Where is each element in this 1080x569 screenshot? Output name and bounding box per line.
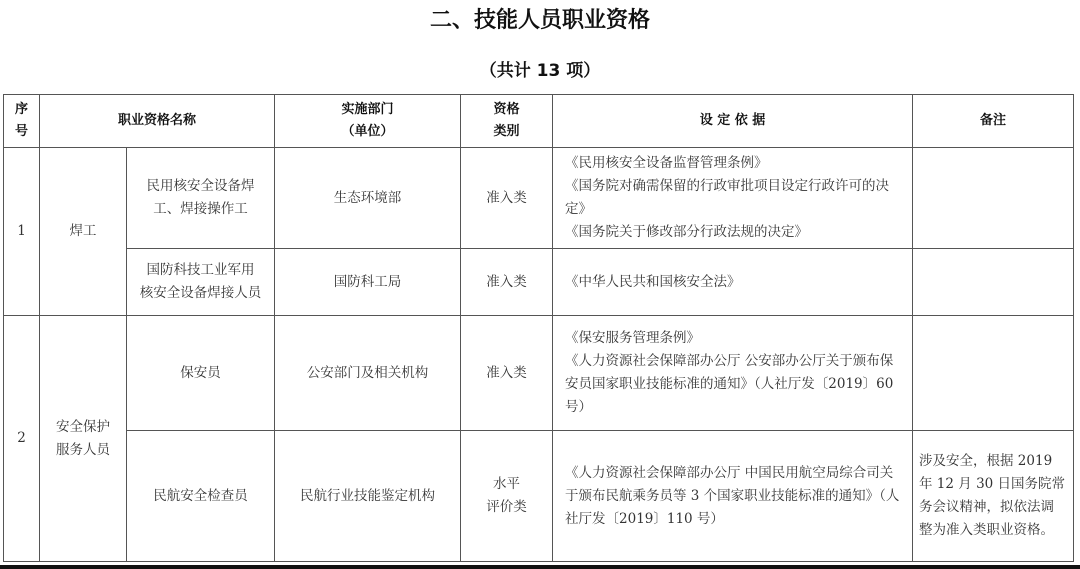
category-cell: 准入类 [461,148,553,249]
remarks-cell [913,249,1074,316]
table-row: 民航安全检查员 民航行业技能鉴定机构 水平 评价类 《人力资源社会保障部办公厅 … [4,431,1074,562]
remarks-cell: 涉及安全，根据 2019 年 12 月 30 日国务院常务会议精神，拟依法调整为… [913,431,1074,562]
basis-line: 《人力资源社会保障部办公厅 中国民用航空局综合司关于颁布民航乘务员等 3 个国家… [565,462,904,531]
table-row: 国防科技工业军用 核安全设备焊接人员 国防科工局 准入类 《中华人民共和国核安全… [4,249,1074,316]
category-cell: 准入类 [461,249,553,316]
remarks-cell [913,316,1074,431]
basis-line: 《中华人民共和国核安全法》 [565,271,904,294]
group-name-line: 焊工 [44,220,122,243]
category-line: 准入类 [465,187,548,210]
qualification-name-cell: 民航安全检查员 [127,431,275,562]
department-cell: 生态环境部 [275,148,461,249]
bottom-edge-bar [0,565,1080,569]
group-name-cell: 焊工 [40,148,127,316]
basis-cell: 《中华人民共和国核安全法》 [553,249,913,316]
department-cell: 公安部门及相关机构 [275,316,461,431]
basis-line: 《保安服务管理条例》 [565,327,904,350]
category-cell: 准入类 [461,316,553,431]
basis-cell: 《保安服务管理条例》 《人力资源社会保障部办公厅 公安部办公厅关于颁布保安员国家… [553,316,913,431]
header-category-line2: 类别 [465,121,548,143]
qualification-name-cell: 国防科技工业军用 核安全设备焊接人员 [127,249,275,316]
seq-cell: 2 [4,316,40,562]
name-line: 工、焊接操作工 [131,198,270,221]
category-cell: 水平 评价类 [461,431,553,562]
header-remarks: 备注 [913,95,1074,148]
header-seq: 序 号 [4,95,40,148]
qualification-name-cell: 民用核安全设备焊 工、焊接操作工 [127,148,275,249]
category-line: 准入类 [465,271,548,294]
header-department: 实施部门 （单位） [275,95,461,148]
name-line: 国防科技工业军用 [131,259,270,282]
name-line: 保安员 [131,362,270,385]
category-line: 水平 [465,473,548,496]
header-department-line2: （单位） [279,121,456,143]
header-department-line1: 实施部门 [279,99,456,121]
name-line: 民用核安全设备焊 [131,175,270,198]
group-name-line: 安全保护 [44,416,122,439]
name-line: 民航安全检查员 [131,485,270,508]
header-seq-line1: 序 [8,99,35,121]
basis-line: 《国务院对确需保留的行政审批项目设定行政许可的决定》 [565,175,904,221]
group-name-cell: 安全保护 服务人员 [40,316,127,562]
group-name-line: 服务人员 [44,439,122,462]
qualification-name-cell: 保安员 [127,316,275,431]
seq-cell: 1 [4,148,40,316]
table-row: 2 安全保护 服务人员 保安员 公安部门及相关机构 准入类 《保安服务管理条例》… [4,316,1074,431]
header-seq-line2: 号 [8,121,35,143]
table-header-row: 序 号 职业资格名称 实施部门 （单位） 资格 类别 设 定 依 据 备注 [4,95,1074,148]
document-title: 二、技能人员职业资格 [0,5,1080,37]
basis-line: 《国务院关于修改部分行政法规的决定》 [565,221,904,244]
table-row: 1 焊工 民用核安全设备焊 工、焊接操作工 生态环境部 准入类 《民用核安全设备… [4,148,1074,249]
basis-cell: 《人力资源社会保障部办公厅 中国民用航空局综合司关于颁布民航乘务员等 3 个国家… [553,431,913,562]
qualification-table: 序 号 职业资格名称 实施部门 （单位） 资格 类别 设 定 依 据 备注 1 … [3,94,1074,562]
header-basis: 设 定 依 据 [553,95,913,148]
department-cell: 国防科工局 [275,249,461,316]
basis-line: 《人力资源社会保障部办公厅 公安部办公厅关于颁布保安员国家职业技能标准的通知》（… [565,350,904,419]
header-category: 资格 类别 [461,95,553,148]
category-line: 准入类 [465,362,548,385]
header-qualification-name: 职业资格名称 [40,95,275,148]
remarks-cell [913,148,1074,249]
category-line: 评价类 [465,496,548,519]
basis-cell: 《民用核安全设备监督管理条例》 《国务院对确需保留的行政审批项目设定行政许可的决… [553,148,913,249]
name-line: 核安全设备焊接人员 [131,282,270,305]
department-cell: 民航行业技能鉴定机构 [275,431,461,562]
header-category-line1: 资格 [465,99,548,121]
basis-line: 《民用核安全设备监督管理条例》 [565,152,904,175]
document-subtitle: （共计 13 项） [0,58,1080,84]
